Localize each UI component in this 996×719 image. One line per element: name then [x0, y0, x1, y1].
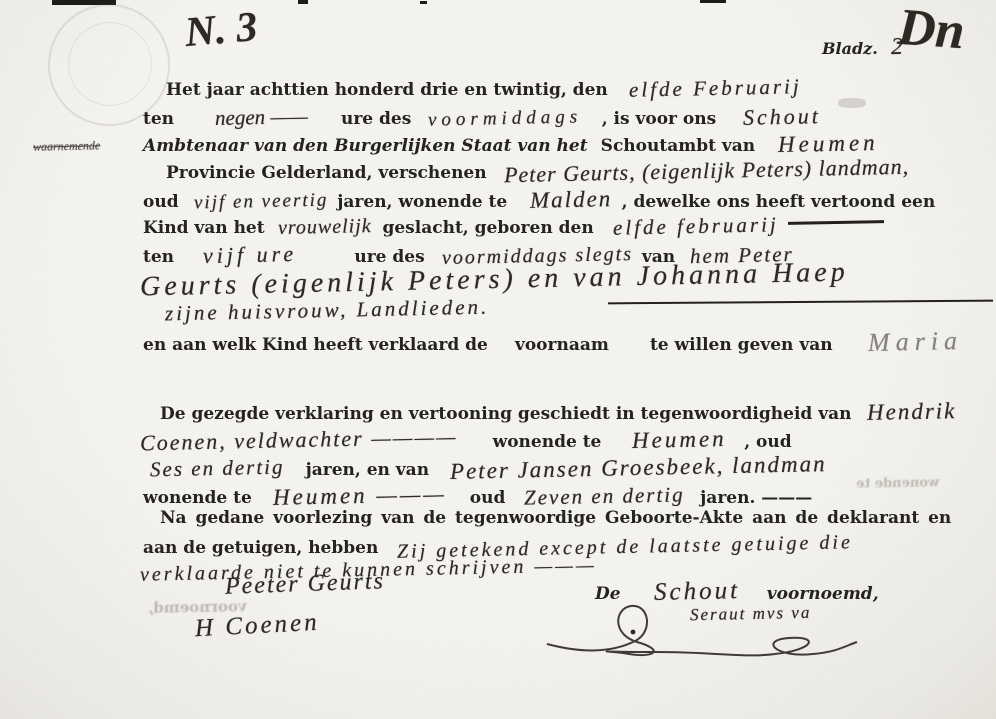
scan-artifact [420, 1, 427, 4]
form-line-hour: ten negen —— ure des voormiddags , is vo… [143, 104, 821, 130]
witness1-age-entry: Ses en dertig [150, 455, 285, 482]
declarant-entry: Peter Geurts, (eigenlijk Peters) landman… [503, 154, 909, 188]
page-number-block: Bladz. 2 [822, 34, 903, 62]
printed-text: wonende te [143, 488, 252, 508]
daypart-entry: voormiddags [428, 106, 583, 131]
residence-entry: Malden [530, 186, 613, 214]
printed-text: voornaam [515, 335, 609, 355]
official-title-entry: Schout [743, 103, 821, 130]
form-line-child-name: en aan welk Kind heeft verklaard de voor… [143, 327, 963, 357]
printed-text: te willen geven van [650, 335, 833, 355]
margin-note: waarnemende [33, 136, 100, 154]
signature-witness: H Coenen [195, 612, 320, 641]
printed-text: jaren, wonende te [337, 192, 507, 212]
bladz-label: Bladz. [822, 39, 878, 58]
form-line-closing1: Na gedane voorlezing van de tegenwoordig… [160, 509, 951, 529]
schout-signature-flourish [545, 592, 865, 664]
form-line-declarant: Provincie Gelderland, verschenen Peter G… [166, 158, 909, 184]
act-number-entry: N. 3 [183, 3, 259, 57]
witness2-residence-entry: Heumen ——— [273, 481, 447, 511]
mother-status-entry: zijne huisvrouw, Landlieden. [165, 295, 490, 326]
form-line-witness1: Coenen, veldwachter ———— wonende te Heum… [140, 427, 792, 453]
signature-schout-text: Seraut mvs va [690, 603, 812, 625]
signature-declarant: Peeter Geurts [225, 571, 385, 599]
printed-text: , is voor ons [602, 109, 716, 129]
printed-text: , oud [744, 432, 791, 452]
parents-entry: Geurts (eigenlijk Peters) en van Johanna… [140, 257, 849, 304]
witness1-entry: Coenen, veldwachter ———— [140, 424, 458, 456]
printed-text: geslacht, geboren den [382, 218, 593, 238]
scan-artifact [700, 0, 726, 3]
birth-certificate-scan: N. 3 Bladz. 2 Dn Het jaar achttien honde… [0, 0, 996, 719]
signature-declarant-text: Peeter Geurts [225, 568, 386, 601]
printed-text: Ambtenaar van den Burgerlijken Staat van… [143, 136, 588, 156]
witness2-entry: Peter Jansen Groesbeek, landman [450, 451, 827, 485]
paraph-block: Dn [898, 0, 964, 60]
ink-smudge [838, 98, 866, 108]
hour-entry: negen —— [215, 104, 308, 130]
form-line-witness2: Ses en dertig jaren, en van Peter Jansen… [150, 455, 827, 481]
printed-text: Na gedane voorlezing van de tegenwoordig… [160, 508, 951, 528]
bleedthrough-text: wonende te [856, 475, 939, 491]
date-entry: elfde Februarij [629, 74, 802, 102]
witness1-firstname-entry: Hendrik [866, 398, 956, 426]
signature-schout: Seraut mvs va [690, 604, 811, 624]
margin-note-text: waarnemende [33, 139, 101, 154]
age-entry: vijf en veertig [193, 190, 328, 215]
printed-text: Kind van het [143, 218, 265, 238]
printed-text: jaren. ——— [700, 488, 812, 508]
form-line-mother-status: zijne huisvrouw, Landlieden. [165, 298, 489, 322]
form-line-gender: Kind van het vrouwelijk geslacht, gebore… [143, 214, 779, 239]
signature-witness-text: H Coenen [194, 609, 320, 644]
printed-text: Provincie Gelderland, verschenen [166, 163, 487, 183]
doc-number: N. 3 [185, 6, 257, 54]
witness1-residence-entry: Heumen [632, 426, 727, 454]
paraph-mark: Dn [896, 0, 966, 62]
embossed-seal-inner [68, 22, 152, 106]
form-line-witness2-residence: wonende te Heumen ——— oud Zeven en derti… [143, 483, 812, 509]
printed-text: , dewelke ons heeft vertoond een [622, 192, 936, 212]
form-line-parents: Geurts (eigenlijk Peters) en van Johanna… [140, 264, 849, 296]
printed-text: aan de getuigen, hebben [143, 538, 378, 558]
form-line-age: oud vijf en veertig jaren, wonende te Ma… [143, 187, 935, 213]
gender-entry: vrouwelijk [277, 215, 371, 240]
printed-text: jaren, en van [306, 460, 429, 480]
child-name-entry: Maria [867, 326, 963, 358]
printed-text: wonende te [493, 432, 602, 452]
printed-text: oud [470, 488, 506, 508]
form-line-year: Het jaar achttien honderd drie en twinti… [166, 76, 802, 101]
printed-text: De gezegde verklaring en vertooning gesc… [160, 404, 851, 424]
printed-text: oud [143, 192, 179, 212]
form-line-official: Ambtenaar van den Burgerlijken Staat van… [143, 131, 879, 157]
scan-artifact [298, 0, 308, 4]
printed-text: Schoutambt van [601, 136, 755, 156]
printed-text: Het jaar achttien honderd drie en twinti… [166, 80, 608, 100]
printed-text: ten [143, 109, 174, 129]
printed-text: en aan welk Kind heeft verklaard de [143, 335, 488, 355]
printed-text: ure des [341, 109, 411, 129]
birthdate-entry: elfde februarij [613, 212, 779, 240]
ink-rule [608, 300, 993, 305]
ink-rule [788, 220, 884, 225]
witness2-age-entry: Zeven en dertig [524, 482, 685, 509]
form-line-witnesses-intro: De gezegde verklaring en vertooning gesc… [160, 399, 956, 425]
